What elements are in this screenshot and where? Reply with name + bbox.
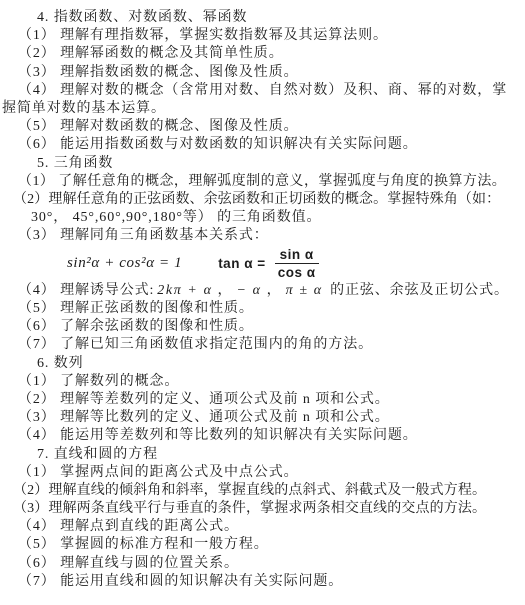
syllabus-item: （4） 理解对数的概念（含常用对数、自然对数）及积、商、幂的对数，掌 <box>0 82 525 100</box>
tangent-identity: tan α = sin α cos α <box>218 247 319 280</box>
tangent-lhs: tan α = <box>218 256 265 271</box>
syllabus-item: （7） 了解已知三角函数值求指定范围内的角的方法。 <box>0 336 525 354</box>
section-heading: 4. 指数函数、对数函数、幂函数 <box>0 9 525 27</box>
section-heading: 7. 直线和圆的方程 <box>0 446 525 464</box>
syllabus-item: （2） 理解等差数列的定义、通项公式及前 n 项和公式。 <box>0 391 525 409</box>
math-expression: 2kπ + α <box>154 282 215 300</box>
syllabus-item: （3）理解两条直线平行与垂直的条件，掌握求两条相交直线的交点的方法。 <box>0 500 525 518</box>
wrap-continuation-line: 30°， 45°,60°,90°,180°等） 的三角函数值。 <box>0 209 525 227</box>
syllabus-item: （2）理解任意角的正弦函数、余弦函数和正切函数的概念。掌握特殊角（如： <box>0 191 525 209</box>
fraction-numerator: sin α <box>275 247 319 264</box>
section-sequences: 6. 数列 （1） 了解数列的概念。 （2） 理解等差数列的定义、通项公式及前 … <box>0 355 525 446</box>
syllabus-item: （7） 能运用直线和圆的知识解决有关实际问题。 <box>0 573 525 591</box>
wrap-continuation-line: 握简单对数的基本运算。 <box>0 100 525 118</box>
induction-prefix: （4） 理解诱导公式: <box>18 282 154 300</box>
syllabus-item: （1） 了解任意角的概念，理解弧度制的意义，掌握弧度与角度的换算方法。 <box>0 173 525 191</box>
section-exponential-log-power: 4. 指数函数、对数函数、幂函数 （1） 理解有理指数幂，掌握实数指数幂及其运算… <box>0 9 525 155</box>
comma-separator: ， <box>216 282 234 300</box>
syllabus-item: （4） 能运用等差数列和等比数列的知识解决有关实际问题。 <box>0 427 525 445</box>
math-expression: − α <box>234 282 265 300</box>
comma-separator: ， <box>265 282 283 300</box>
trig-identity-formula: sin²α + cos²α = 1 tan α = sin α cos α <box>0 245 525 281</box>
document-page: 4. 指数函数、对数函数、幂函数 （1） 理解有理指数幂，掌握实数指数幂及其运算… <box>0 0 525 605</box>
math-expression: π ± α <box>283 282 326 300</box>
fraction-denominator: cos α <box>275 264 319 280</box>
syllabus-item: （4） 理解点到直线的距离公式。 <box>0 518 525 536</box>
syllabus-item: （3） 理解指数函数的概念、图像及性质。 <box>0 64 525 82</box>
section-trigonometric-functions: 5. 三角函数 （1） 了解任意角的概念，理解弧度制的意义，掌握弧度与角度的换算… <box>0 155 525 355</box>
syllabus-item: （6） 理解直线与圆的位置关系。 <box>0 555 525 573</box>
fraction: sin α cos α <box>275 247 319 280</box>
syllabus-item: （3） 理解等比数列的定义、通项公式及前 n 项和公式。 <box>0 409 525 427</box>
section-line-circle-equations: 7. 直线和圆的方程 （1） 掌握两点间的距离公式及中点公式。 （2）理解直线的… <box>0 446 525 592</box>
induction-suffix: 的正弦、余弦及正切公式。 <box>326 282 509 300</box>
syllabus-item: （1） 理解有理指数幂，掌握实数指数幂及其运算法则。 <box>0 27 525 45</box>
section-heading: 5. 三角函数 <box>0 155 525 173</box>
syllabus-item: （6） 了解余弦函数的图像和性质。 <box>0 318 525 336</box>
section-heading: 6. 数列 <box>0 355 525 373</box>
syllabus-item: （5） 理解正弦函数的图像和性质。 <box>0 300 525 318</box>
induction-formula-line: （4） 理解诱导公式: 2kπ + α ， − α ， π ± α 的正弦、余弦… <box>0 282 525 300</box>
syllabus-item: （3） 理解同角三角函数基本关系式： <box>0 227 525 245</box>
syllabus-item: （5） 理解对数函数的概念、图像及性质。 <box>0 118 525 136</box>
syllabus-item: （1） 了解数列的概念。 <box>0 373 525 391</box>
syllabus-item: （2） 理解幂函数的概念及其简单性质。 <box>0 45 525 63</box>
syllabus-item: （2）理解直线的倾斜角和斜率，掌握直线的点斜式、斜截式及一般式方程。 <box>0 482 525 500</box>
syllabus-item: （1） 掌握两点间的距离公式及中点公式。 <box>0 464 525 482</box>
syllabus-item: （5） 掌握圆的标准方程和一般方程。 <box>0 536 525 554</box>
pythagorean-identity: sin²α + cos²α = 1 <box>67 255 182 272</box>
syllabus-item: （6） 能运用指数函数与对数函数的知识解决有关实际问题。 <box>0 136 525 154</box>
